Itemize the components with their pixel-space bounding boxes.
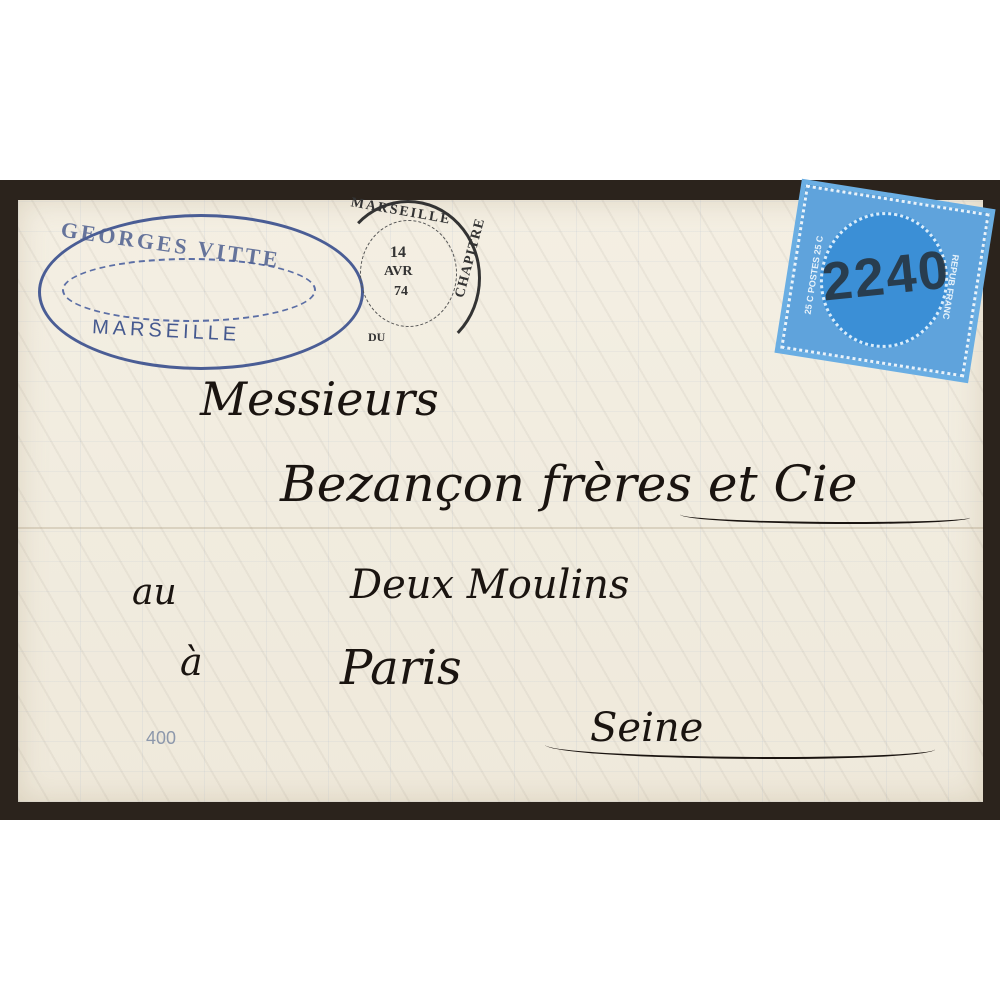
address-city: Paris (340, 640, 462, 696)
postmark-arc-bottom: DU (368, 330, 385, 345)
postmark-year: 74 (394, 284, 408, 300)
address-salutation: Messieurs (200, 372, 439, 426)
address-line2: Deux Moulins (350, 562, 629, 608)
postmark-day: 14 (390, 244, 406, 262)
postmark-month: AVR (384, 264, 413, 280)
address-line3-prefix: à (180, 640, 203, 684)
fold-crease (18, 527, 983, 529)
address-recipient: Bezançon frères et Cie (280, 455, 857, 513)
pencil-annotation: 400 (146, 728, 176, 749)
address-line2-prefix: au (132, 572, 177, 613)
